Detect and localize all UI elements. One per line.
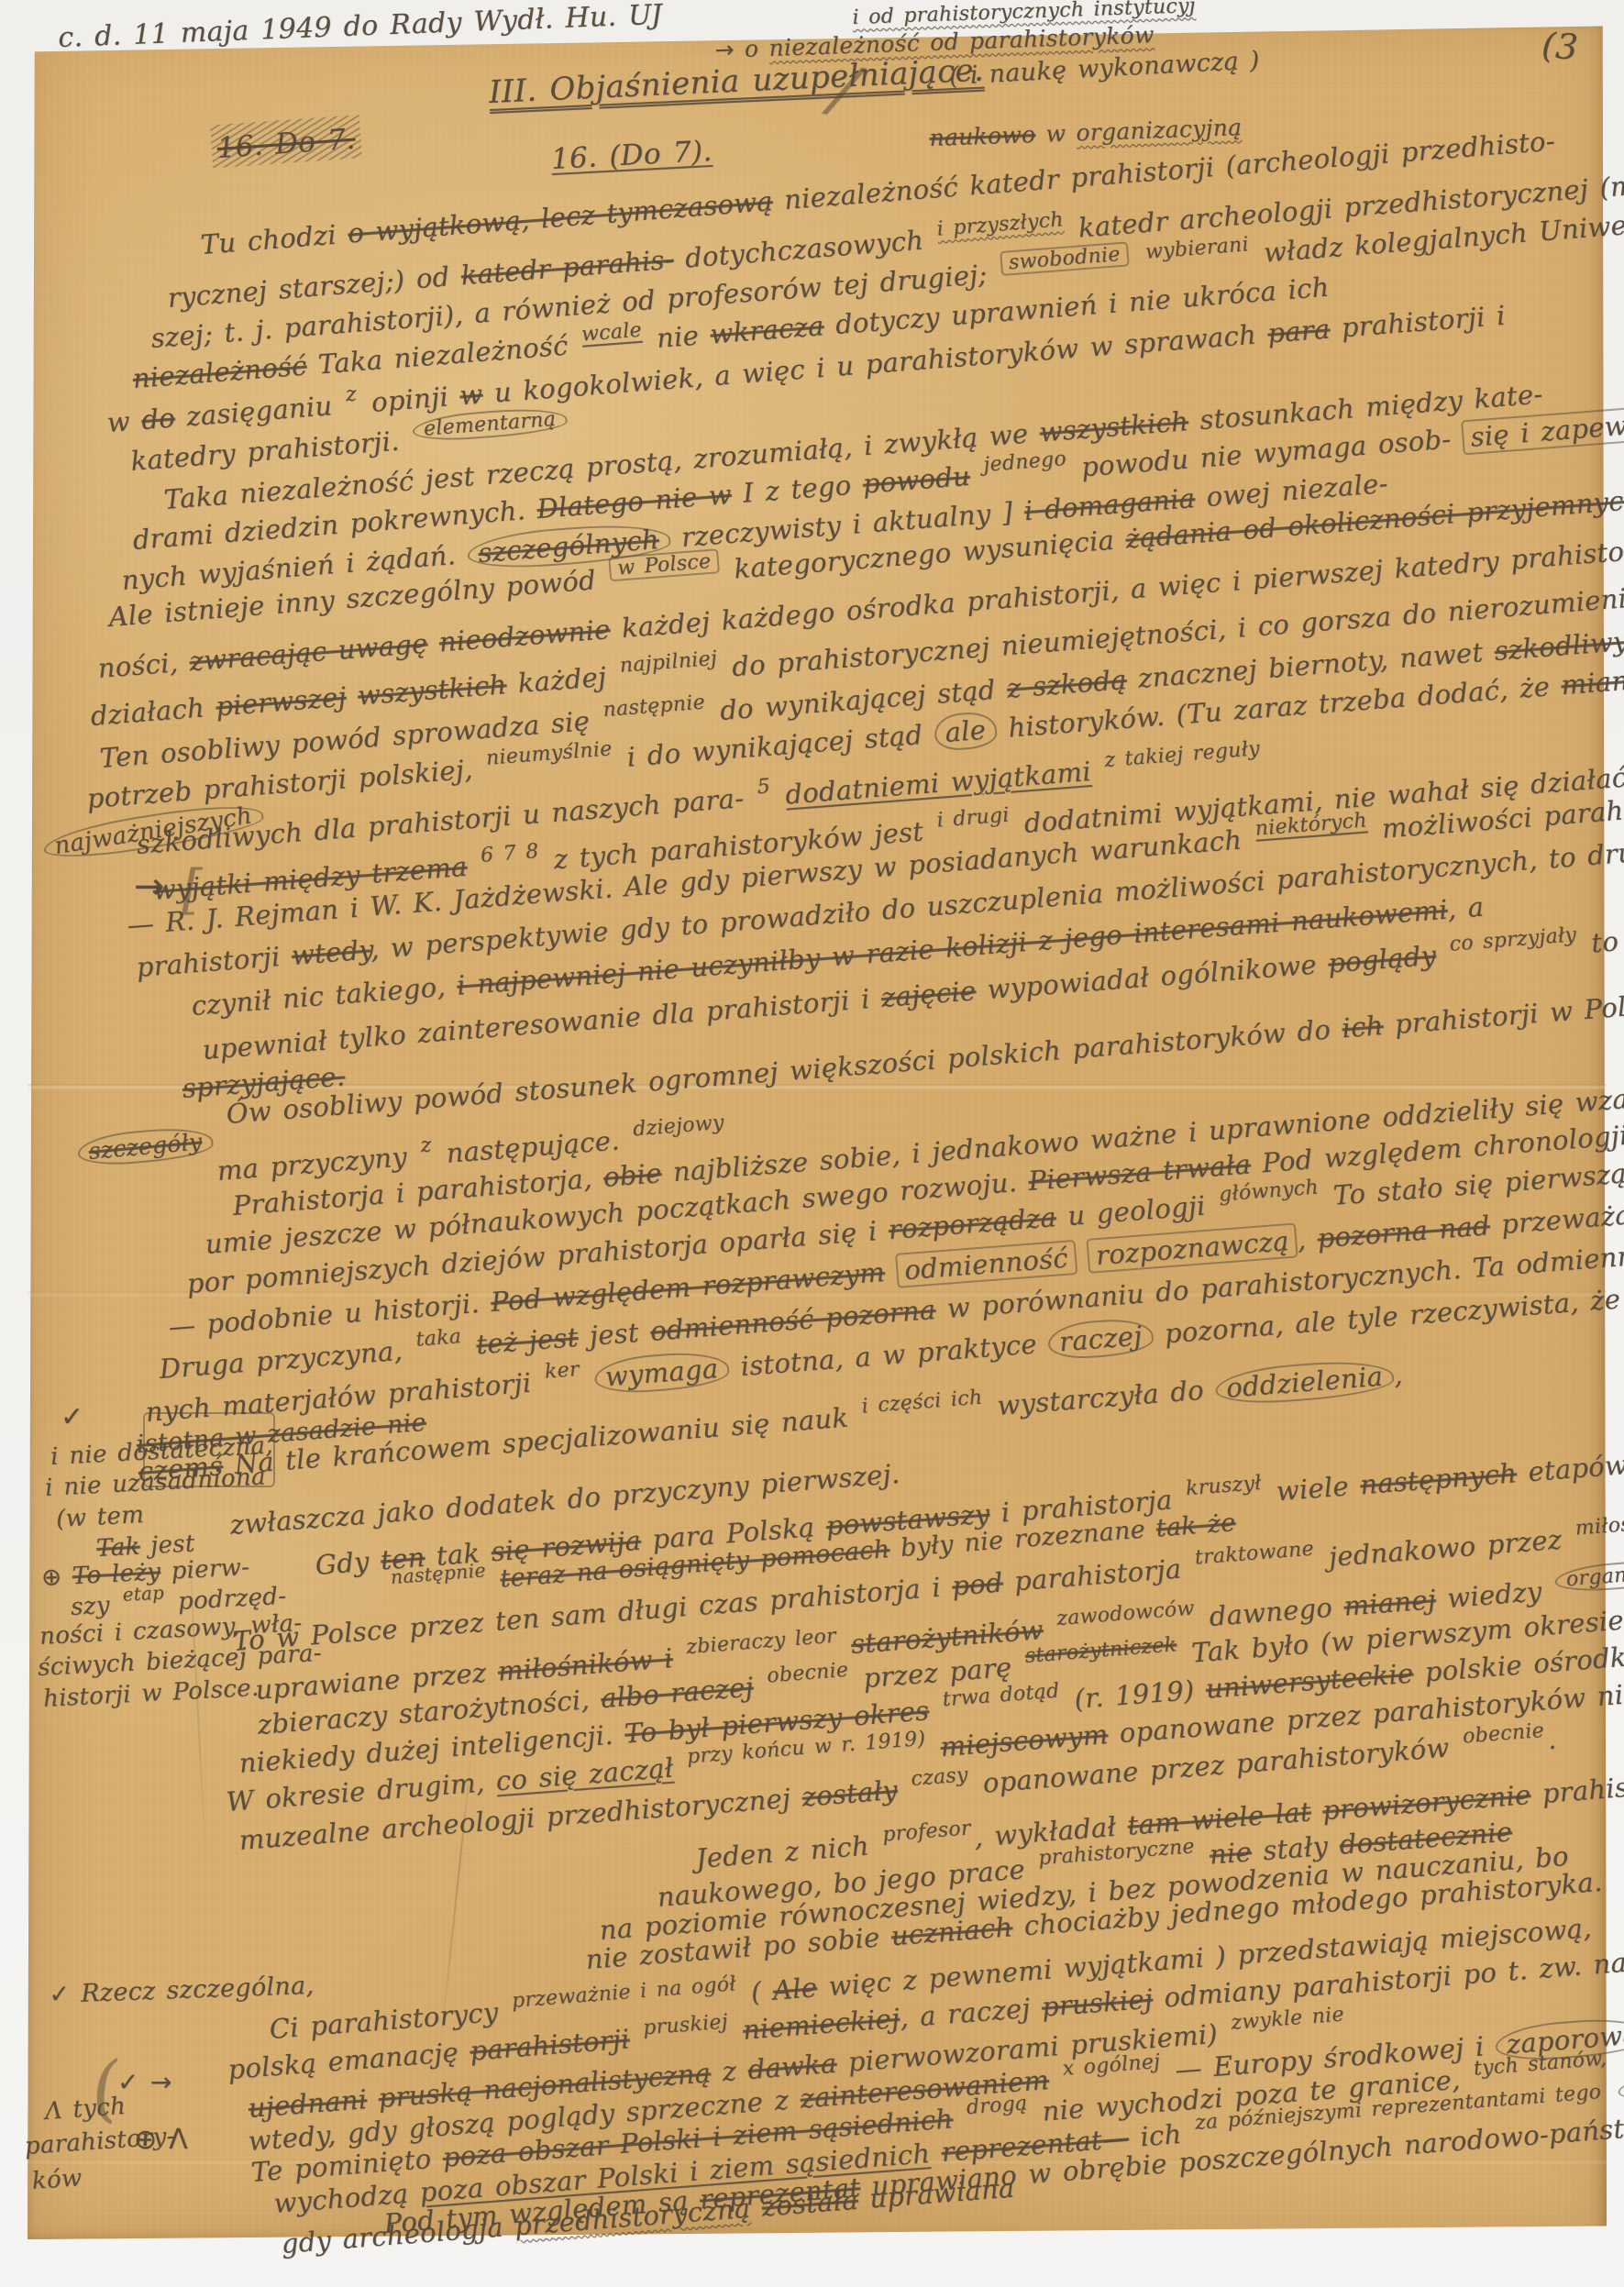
text-segment: dziejowy bbox=[632, 1112, 724, 1141]
text-segment: prahistorji i bbox=[1329, 300, 1507, 345]
text-segment: Rzecz szczególna, bbox=[81, 1972, 315, 2008]
text-segment: szczegóły bbox=[76, 1124, 214, 1168]
text-segment: zawodowców bbox=[1056, 1598, 1196, 1630]
text-segment: też jest bbox=[475, 1321, 580, 1360]
text-segment: czynił nic takiego, bbox=[191, 970, 458, 1022]
text-segment: rozporządza bbox=[888, 1201, 1058, 1245]
text-segment: następnie bbox=[602, 692, 706, 722]
text-segment: kruszył bbox=[1185, 1473, 1262, 1499]
text-segment: (r. 1919) bbox=[1062, 1674, 1207, 1716]
text-segment: parahistorja bbox=[1001, 1552, 1194, 1598]
text-segment: niemieckiej bbox=[742, 2003, 901, 2046]
text-segment: Druga przyczyna, bbox=[159, 1334, 415, 1385]
text-segment: w bbox=[458, 379, 484, 412]
text-segment: obecnie bbox=[766, 1660, 849, 1687]
text-segment: mianej bbox=[1342, 1584, 1437, 1622]
text-segment: etap bbox=[122, 1584, 164, 1605]
text-segment: 6 7 8 bbox=[480, 841, 539, 867]
text-segment: 5 bbox=[757, 776, 771, 798]
text-segment bbox=[1435, 939, 1449, 971]
text-segment: organizacyjną bbox=[1076, 114, 1243, 146]
text-segment: najpilniej bbox=[619, 648, 718, 677]
text-segment: nieodzownie bbox=[438, 613, 612, 657]
text-segment: oddzielenia bbox=[1214, 1357, 1396, 1408]
text-segment: [ bbox=[182, 858, 203, 921]
text-segment: ich bbox=[1341, 1010, 1385, 1044]
text-segment: historji w Polsce. bbox=[42, 1674, 260, 1713]
text-segment: odmienność bbox=[895, 1240, 1077, 1288]
text-segment: tak że bbox=[1155, 1508, 1237, 1543]
text-segment: i przyszłych bbox=[936, 209, 1065, 240]
text-segment: ale bbox=[933, 711, 999, 752]
text-segment: obie bbox=[602, 1157, 663, 1193]
text-segment: przeważnie i na ogół bbox=[511, 1973, 736, 2012]
text-segment: zajęcie bbox=[880, 975, 978, 1013]
text-segment: niezależność bbox=[132, 349, 308, 393]
text-segment: Gdy bbox=[315, 1545, 382, 1581]
text-segment: wtedy bbox=[291, 934, 372, 971]
text-segment: u geologji bbox=[1055, 1189, 1219, 1232]
text-segment: jest bbox=[577, 1316, 651, 1353]
text-segment: o wyjątkową, lecz tymczasową bbox=[347, 185, 774, 249]
margin-note-3c: ków bbox=[31, 2166, 83, 2194]
text-segment: dodatniemi wyjątkami bbox=[784, 756, 1092, 811]
text-segment: ności, bbox=[97, 646, 191, 684]
text-segment: Tak bbox=[95, 1533, 140, 1563]
text-segment: 16. Do 7. bbox=[216, 123, 357, 165]
text-segment: pruskiej bbox=[1041, 1983, 1154, 2023]
text-segment: dawka bbox=[746, 2048, 837, 2085]
text-segment: i części ich bbox=[861, 1387, 983, 1418]
text-segment: naukowo bbox=[929, 121, 1036, 151]
text-segment: z bbox=[345, 383, 358, 405]
section-title: III. Objaśnienia uzupełniające. bbox=[488, 55, 984, 110]
margin-note-1b: i nie uzasadniona bbox=[45, 1464, 267, 1501]
text-segment: miejscowym bbox=[939, 1718, 1109, 1762]
margin-note-1c: (w tem bbox=[56, 1503, 145, 1532]
scanned-manuscript-page: { "document": { "page_number": "(3", "la… bbox=[0, 0, 1624, 2287]
text-segment: parahistorji bbox=[469, 2023, 631, 2066]
text-segment: z szkodą bbox=[1006, 664, 1128, 704]
text-segment: poglądy bbox=[1327, 940, 1437, 979]
text-segment: Ale bbox=[772, 1972, 819, 2006]
text-segment: c. d. 11 maja 1949 do Rady Wydł. Hu. UJ bbox=[58, 0, 663, 54]
text-segment bbox=[896, 1773, 910, 1806]
header-date: c. d. 11 maja 1949 do Rady Wydł. Hu. UJ bbox=[58, 1, 663, 53]
text-segment: jednakowo przez bbox=[1316, 1523, 1574, 1574]
margin-note-1i: historji w Polsce. bbox=[43, 1676, 260, 1713]
text-segment: nieumyślnie bbox=[485, 738, 613, 769]
text-segment: obecnie bbox=[1462, 1720, 1545, 1748]
text-segment: następnie bbox=[390, 1561, 486, 1587]
text-segment: działach bbox=[90, 691, 217, 732]
text-segment: , bbox=[1296, 1223, 1319, 1256]
text-segment: zwracając uwagę bbox=[188, 627, 428, 677]
text-segment: pozorna nad bbox=[1316, 1210, 1491, 1254]
text-segment: katedr parahis- bbox=[460, 244, 675, 292]
text-segment: rozpoznawczą bbox=[1087, 1222, 1298, 1273]
text-segment: wkracza bbox=[709, 310, 825, 349]
text-segment: ków bbox=[31, 2164, 83, 2195]
text-segment: o bbox=[744, 35, 769, 62]
text-segment: zostały bbox=[801, 1774, 899, 1813]
text-segment: wcale bbox=[580, 320, 643, 346]
margin-arrow: → bbox=[134, 867, 165, 906]
text-segment: zasięganiu bbox=[174, 389, 345, 433]
text-segment bbox=[671, 1641, 685, 1674]
text-segment: zbieraczy leor bbox=[686, 1626, 837, 1659]
margin-check-2: ✓ → bbox=[117, 2069, 172, 2095]
text-segment: z bbox=[710, 2054, 749, 2088]
text-segment: raczej bbox=[1047, 1317, 1154, 1362]
text-segment: prahistorji bbox=[136, 940, 293, 983]
text-segment: → bbox=[134, 866, 165, 908]
text-segment: czasy bbox=[911, 1764, 969, 1790]
text-segment: w bbox=[106, 404, 143, 438]
text-segment bbox=[752, 1671, 766, 1703]
margin-szczegoly: szczegóły bbox=[77, 1129, 215, 1165]
text-segment: pod bbox=[951, 1566, 1004, 1601]
text-segment: wystarczyła do bbox=[985, 1374, 1217, 1422]
text-segment: ⊕ Λ bbox=[134, 2124, 188, 2156]
text-segment: mianowicie bbox=[1618, 2067, 1624, 2105]
text-segment: jednego bbox=[983, 448, 1067, 476]
text-segment bbox=[628, 2022, 642, 2054]
text-segment: i drugi bbox=[936, 805, 1011, 832]
text-segment: szy bbox=[70, 1591, 121, 1621]
text-segment: pruskiej bbox=[642, 2011, 728, 2038]
text-segment: co się zaczął bbox=[495, 1752, 675, 1797]
text-segment: wymaga bbox=[592, 1349, 730, 1396]
text-segment: wszystkich bbox=[357, 668, 508, 711]
title-aside: ( i naukę wykonawczą ) bbox=[949, 48, 1261, 90]
text-segment bbox=[928, 1694, 942, 1726]
text-segment: następnych bbox=[1359, 1457, 1518, 1500]
text-segment bbox=[1131, 247, 1144, 279]
text-segment bbox=[581, 1362, 595, 1394]
text-segment: (3 bbox=[1541, 25, 1580, 68]
text-segment: organizacji bbox=[1554, 1557, 1624, 1595]
text-segment bbox=[1048, 2063, 1062, 2095]
page-number: (3 bbox=[1541, 28, 1579, 67]
text-segment bbox=[952, 2102, 966, 2134]
text-segment: opinji bbox=[359, 381, 460, 419]
text-segment: została bbox=[760, 2184, 859, 2223]
text-segment: 16. (Do 7). bbox=[550, 135, 713, 176]
text-segment: wybierani bbox=[1144, 234, 1250, 263]
text-segment: ✓ → bbox=[117, 2067, 172, 2097]
text-segment: taka bbox=[415, 1326, 462, 1351]
text-segment: Tu chodzi bbox=[200, 218, 349, 260]
text-segment bbox=[672, 1751, 686, 1784]
text-segment: jest bbox=[139, 1530, 196, 1560]
title-aside-2: naukowo w organizacyjną bbox=[929, 116, 1243, 150]
text-segment: głównych bbox=[1218, 1177, 1319, 1205]
text-segment: → bbox=[714, 36, 745, 63]
text-segment bbox=[466, 850, 480, 882]
margin-note-2: ✓ Rzecz szczególna, bbox=[49, 1973, 315, 2008]
text-segment: ✓ bbox=[49, 1980, 82, 2009]
text-segment: w bbox=[1035, 119, 1077, 148]
text-segment: ( bbox=[738, 1975, 774, 2009]
text-segment bbox=[1042, 1613, 1055, 1645]
text-segment: profesor bbox=[881, 1817, 971, 1845]
text-segment: pierwszej bbox=[215, 681, 348, 723]
text-segment: co sprzyjały bbox=[1449, 924, 1577, 956]
text-segment: to jej bbox=[1579, 923, 1624, 960]
text-segment: każdej bbox=[505, 660, 619, 700]
text-segment: (w tem bbox=[55, 1501, 144, 1533]
text-segment: , bbox=[1393, 1359, 1404, 1391]
text-segment: drogą bbox=[966, 2093, 1028, 2118]
text-segment: . bbox=[1546, 1724, 1557, 1756]
text-segment: mianowicie bbox=[1560, 657, 1624, 701]
text-segment: prahistorji w Polsce bbox=[1382, 988, 1624, 1041]
text-segment: z bbox=[420, 1134, 433, 1156]
text-segment: etapów bbox=[1516, 1448, 1624, 1488]
text-segment: nie bbox=[644, 319, 711, 355]
text-segment: ✓ bbox=[61, 1401, 83, 1433]
text-segment: Dlatego nie w bbox=[536, 479, 733, 525]
text-segment: I z tego bbox=[730, 469, 864, 510]
text-segment: para bbox=[1266, 313, 1331, 348]
text-segment: miłośników wiedzy i pracy bbox=[1574, 1497, 1624, 1540]
text-segment: ⊕ bbox=[40, 1563, 72, 1592]
text-segment: zwykle nie bbox=[1231, 2004, 1345, 2034]
text-segment bbox=[1604, 2084, 1618, 2116]
text-segment: z takiej reguły bbox=[1104, 738, 1261, 771]
heading-number-crossed: 16. Do 7. bbox=[216, 125, 357, 164]
text-segment: traktowane bbox=[1194, 1539, 1315, 1569]
margin-check-1: ✓ bbox=[61, 1403, 83, 1432]
handwriting-layer: c. d. 11 maja 1949 do Rady Wydł. Hu. UJ→… bbox=[0, 0, 1624, 2287]
margin-bracket: [ bbox=[182, 862, 203, 918]
text-segment: , a raczej bbox=[899, 1992, 1043, 2034]
text-segment: ker bbox=[544, 1359, 580, 1383]
text-segment: powodu bbox=[862, 460, 972, 500]
heading-number: 16. (Do 7). bbox=[550, 137, 713, 175]
text-segment: pierw- bbox=[160, 1553, 250, 1585]
text-segment bbox=[969, 459, 983, 492]
text-segment: , a bbox=[1446, 891, 1485, 925]
text-segment: szkodliwych bbox=[1493, 623, 1624, 667]
text-segment: wiedzy bbox=[1435, 1574, 1555, 1615]
text-segment: wszystkich bbox=[1038, 405, 1189, 447]
text-segment: wiele bbox=[1264, 1469, 1362, 1508]
text-segment: do bbox=[140, 402, 176, 436]
text-segment bbox=[1089, 755, 1103, 787]
text-segment: przeważa- bbox=[1488, 1199, 1624, 1242]
margin-plus: ⊕ Λ bbox=[134, 2126, 188, 2155]
